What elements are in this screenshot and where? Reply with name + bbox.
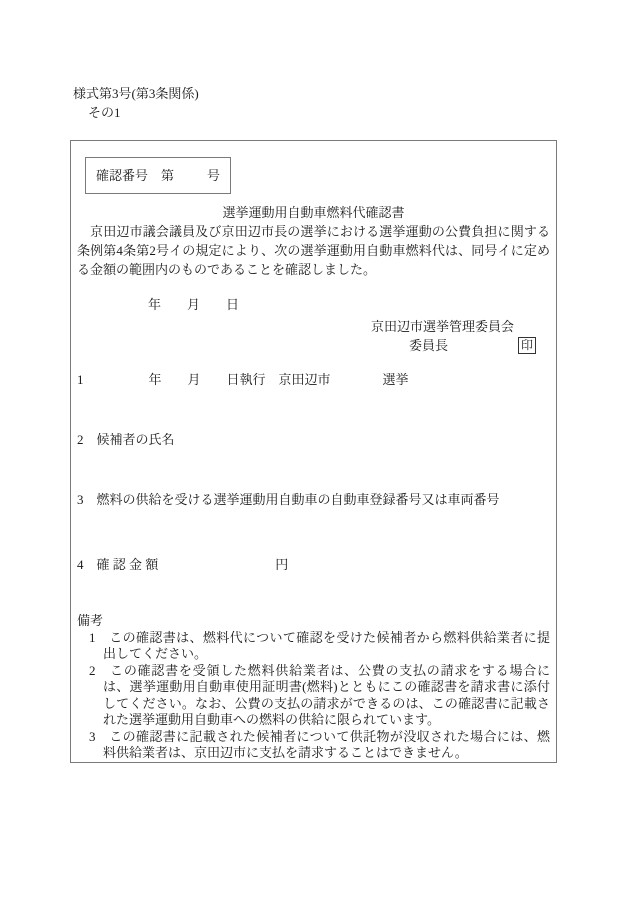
confirmation-number-suffix: 号 [207,166,220,185]
form-item-vehicle-number: 3 燃料の供給を受ける選挙運動用自動車の自動車登録番号又は車両番号 [77,490,550,509]
form-item-candidate-name: 2 候補者の氏名 [77,430,550,449]
confirmation-number-box: 確認番号 第 号 [85,157,231,194]
confirmation-number-label: 確認番号 第 [96,166,174,185]
document-body-paragraph: 京田辺市議会議員及び京田辺市長の選挙における選挙運動の公費負担に関する条例第4条… [77,222,550,279]
issuer-title-line: 委員長 印 [77,336,550,355]
issuer-title: 委員長 [409,336,448,355]
form-code-label: 様式第3号(第3条関係) [73,84,199,103]
form-page: { "page": { "form_code": "様式第3号(第3条関係)",… [0,0,630,915]
remarks-note: 3 この確認書に記載された候補者について供託物が没収された場合には、燃料供給業者… [103,729,550,762]
document-title: 選挙運動用自動車燃料代確認書 [77,203,550,222]
remarks-label: 備考 [77,613,550,630]
form-outer-frame: 確認番号 第 号 選挙運動用自動車燃料代確認書 京田辺市議会議員及び京田辺市長の… [70,140,557,763]
form-item-election: 1 年 月 日執行 京田辺市 選挙 [77,370,550,389]
form-item-confirmed-amount: 4 確 認 金 額 円 [77,555,550,574]
issuer-organization: 京田辺市選挙管理委員会 [77,317,550,336]
form-subnumber-label: その1 [88,103,121,122]
date-line: 年 月 日 [77,295,550,314]
seal-mark: 印 [518,337,536,354]
remarks-note: 1 この確認書は、燃料代について確認を受けた候補者から燃料供給業者に提出してくだ… [103,630,550,663]
issuer-block: 京田辺市選挙管理委員会 委員長 印 [77,317,550,355]
remarks-note: 2 この確認書を受領した燃料供給業者は、公費の支払の請求をする場合には、選挙運動… [103,663,550,729]
remarks-section: 備考 1 この確認書は、燃料代について確認を受けた候補者から燃料供給業者に提出し… [77,613,550,762]
